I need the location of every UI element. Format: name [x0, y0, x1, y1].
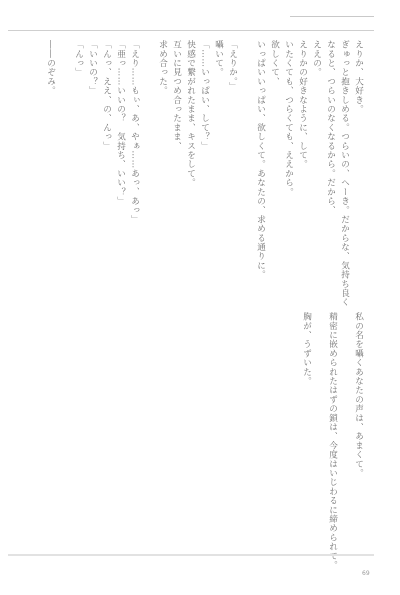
text-column: 「えりか。」 [228, 40, 237, 91]
text-column: いたくても、つらくても、ええから。 [284, 40, 293, 196]
header-rule [8, 30, 374, 31]
text-column: ええの。 [312, 40, 321, 77]
text-column: ぎゅっと抱きしめる。つらいの、へーき。だからな、気持ち良く [340, 40, 349, 307]
running-header-top [290, 8, 300, 14]
text-column: 「んっ、ええ、の、んっ」 [102, 40, 111, 150]
text-column: 精密に嵌められたはずの鎖は、今度はいじわるに締められて。 [328, 312, 337, 570]
text-column: 「えり……もぃ、あ、やぁ……あっ、あっ」 [130, 40, 139, 224]
text-column: えりかの好きなように、して。 [298, 40, 307, 169]
text-column: 快感で繋がれたまま、キスをして。 [186, 40, 195, 187]
text-column: 胸が、うずいた。 [302, 312, 311, 386]
text-column: なると、つらいのなくなるから。だから、 [326, 40, 335, 215]
page-number: 69 [362, 570, 370, 577]
text-column: 「いいの？」 [88, 40, 97, 95]
text-column: 欲しくて、 [270, 40, 279, 86]
text-column: 「んっ」 [74, 40, 83, 77]
text-column: 「……いっぱい、して？」 [200, 40, 209, 150]
footer-rule [8, 554, 374, 556]
header-rule-short [290, 16, 374, 17]
text-column: 「亜っ……いいの？ 気持ち、いい？」 [116, 40, 125, 206]
text-column: 私の名を囁くあなたの声は、あまくて。 [354, 312, 363, 478]
text-column: 互いに見つめ合ったまま、 [172, 40, 181, 150]
text-column: 求め合った。 [158, 40, 167, 95]
text-column: えりか、大好き。 [354, 40, 363, 114]
text-column: ――のぞみ。 [46, 40, 55, 95]
text-column: 囁いて。 [214, 40, 223, 77]
text-column: いっぱいいっぱい、欲しくて。あなたの、求める通りに。 [256, 40, 265, 279]
